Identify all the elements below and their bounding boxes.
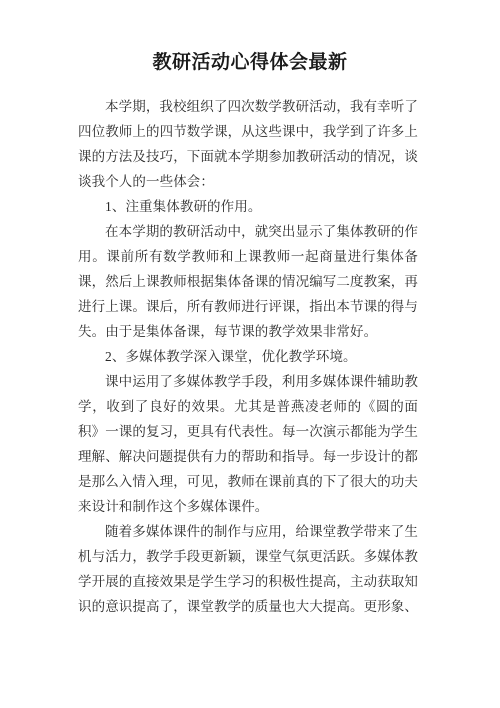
paragraph: 在本学期的教研活动中，就突出显示了集体教研的作用。课前所有数学教师和上课教师一起…: [78, 219, 418, 344]
page-title: 教研活动心得体会最新: [0, 50, 500, 76]
document-body: 本学期，我校组织了四次数学教研活动，我有幸听了四位教师上的四节数学课，从这些课中…: [78, 94, 418, 619]
paragraph: 1、注重集体教研的作用。: [78, 194, 418, 219]
paragraph: 随着多媒体课件的制作与应用，给课堂教学带来了生机与活力，教学手段更新颖，课堂气氛…: [78, 519, 418, 619]
paragraph: 本学期，我校组织了四次数学教研活动，我有幸听了四位教师上的四节数学课，从这些课中…: [78, 94, 418, 194]
paragraph: 课中运用了多媒体教学手段，利用多媒体课件辅助教学，收到了良好的效果。尤其是普燕凌…: [78, 369, 418, 519]
paragraph: 2、多媒体教学深入课堂，优化教学环境。: [78, 344, 418, 369]
document-page: 教研活动心得体会最新 本学期，我校组织了四次数学教研活动，我有幸听了四位教师上的…: [0, 0, 500, 708]
